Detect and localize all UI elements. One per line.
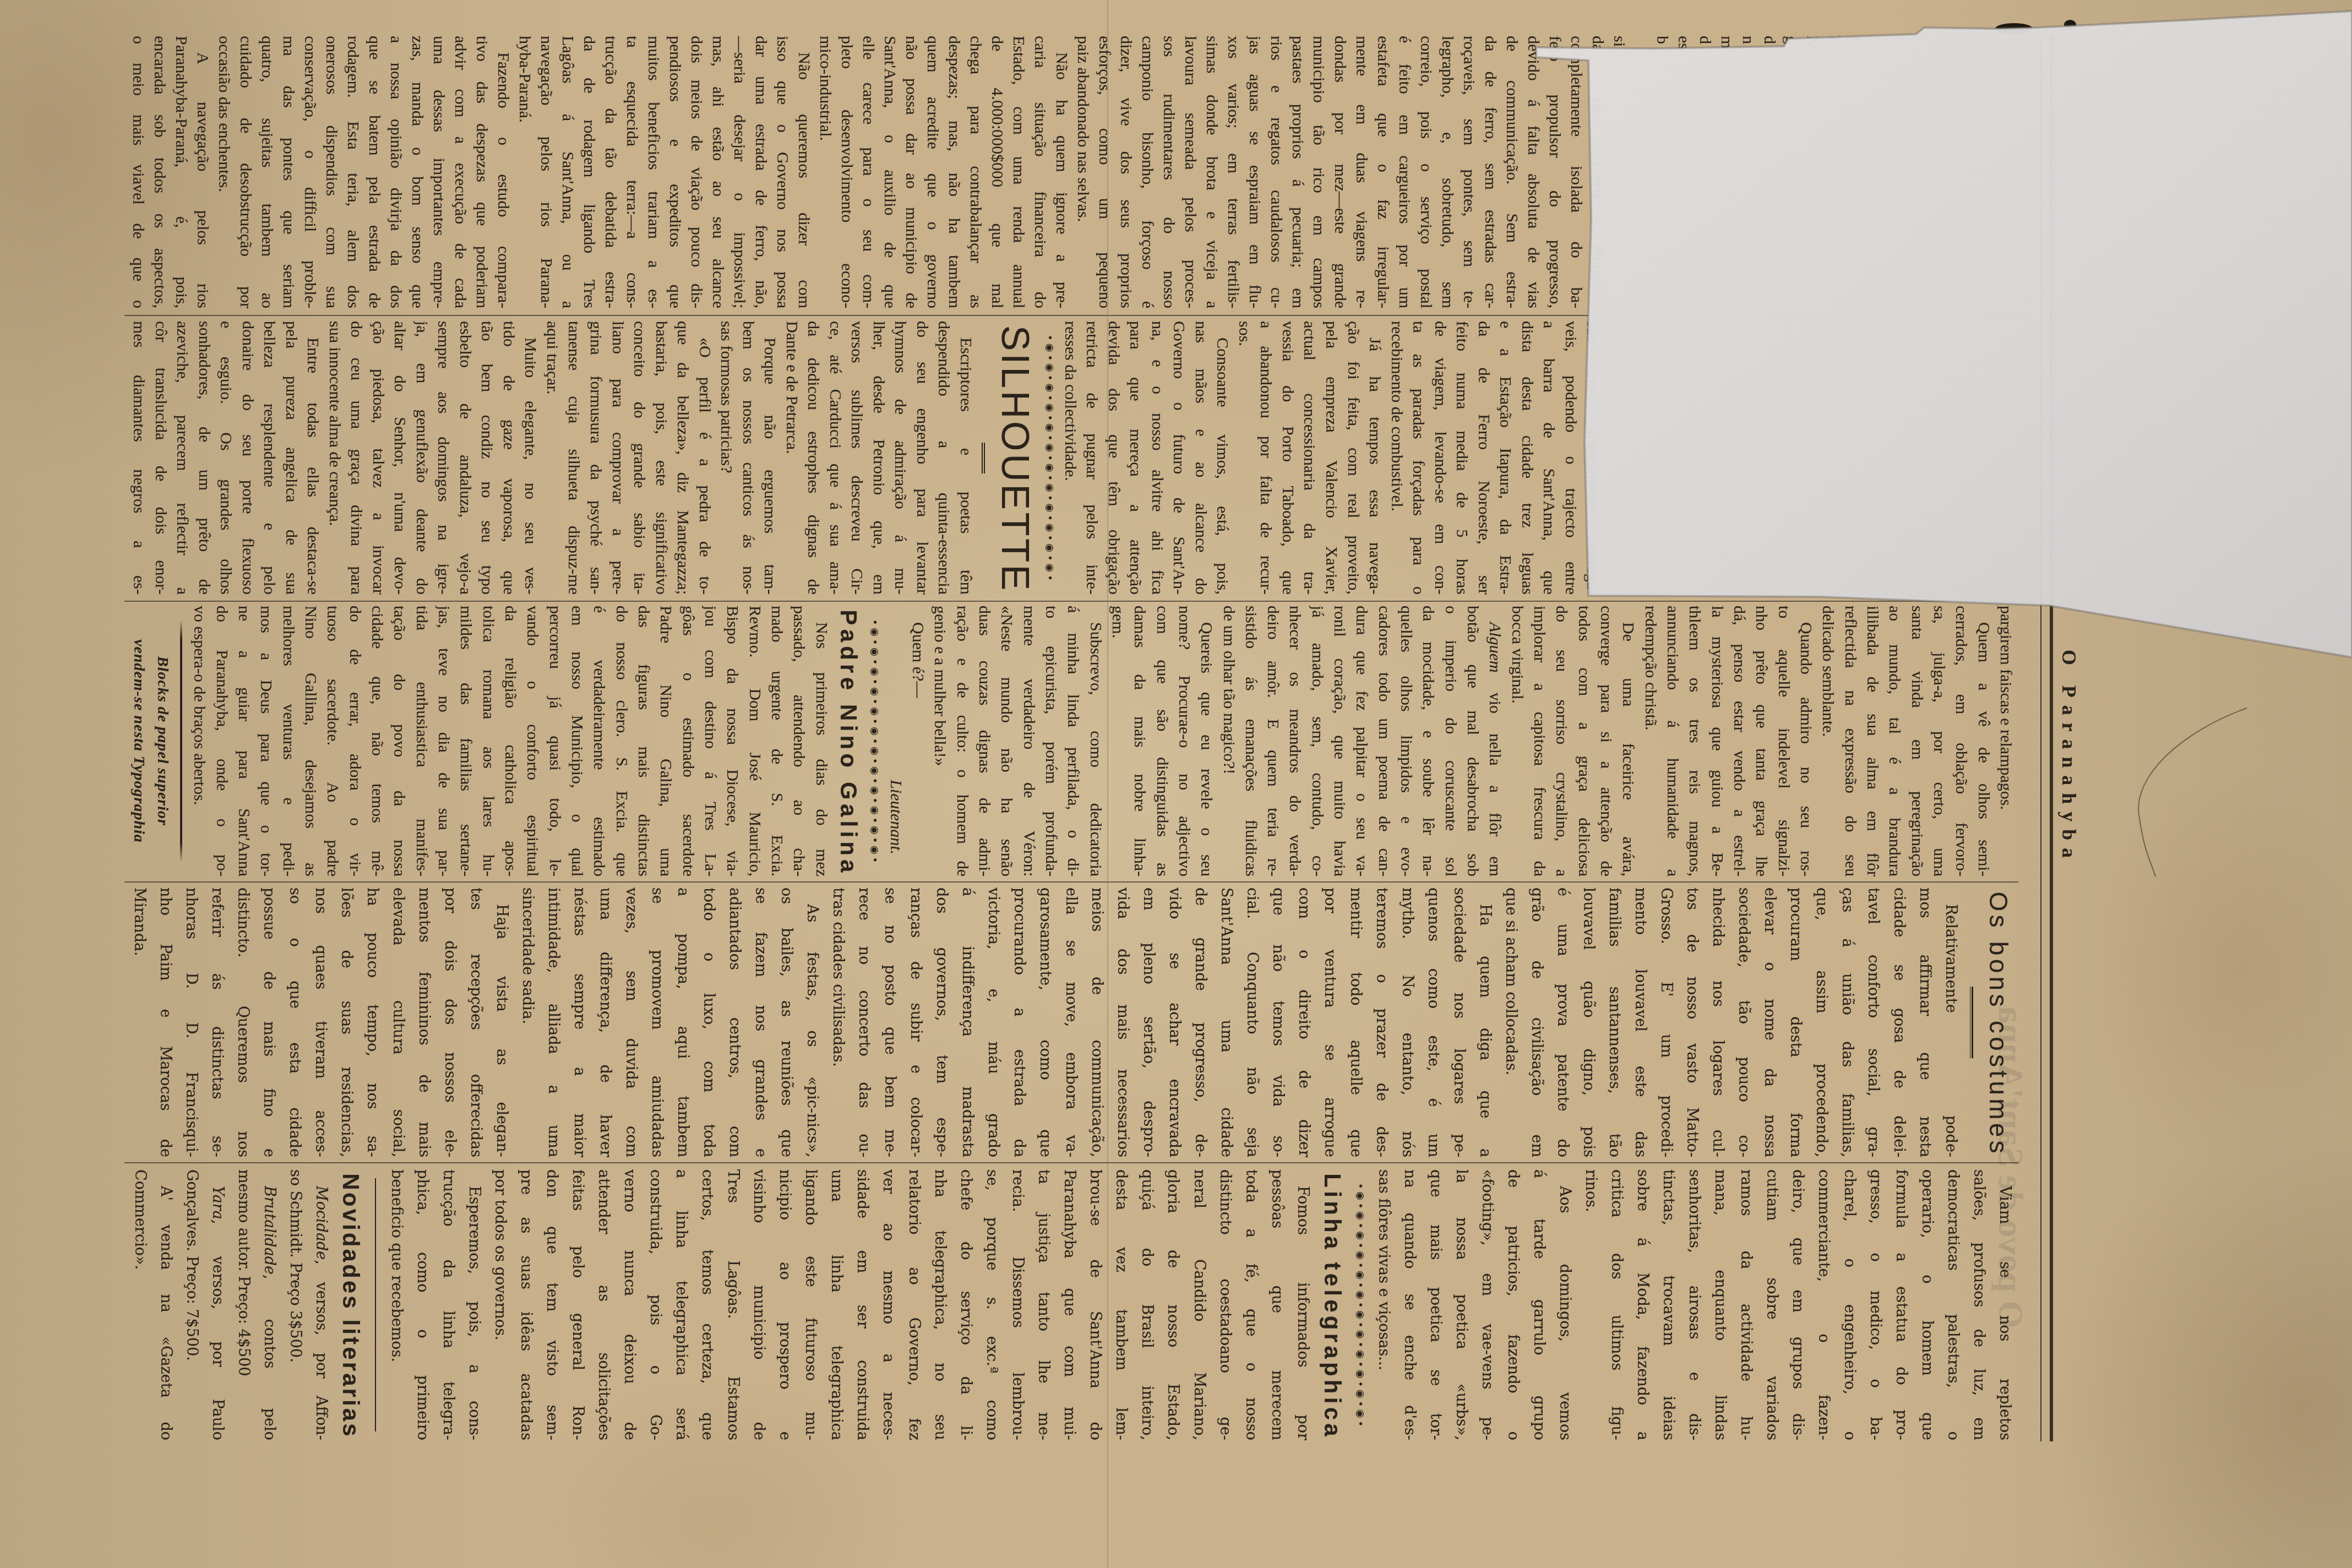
- hair-strand: [2138, 708, 2247, 876]
- overlay-layer: [0, 0, 2352, 1568]
- tissue-paper-overlay: [1536, 11, 2352, 657]
- scanned-newspaper-page: O povo de Sant'Anna O Paranahyba pbNgdnm…: [0, 0, 2352, 1568]
